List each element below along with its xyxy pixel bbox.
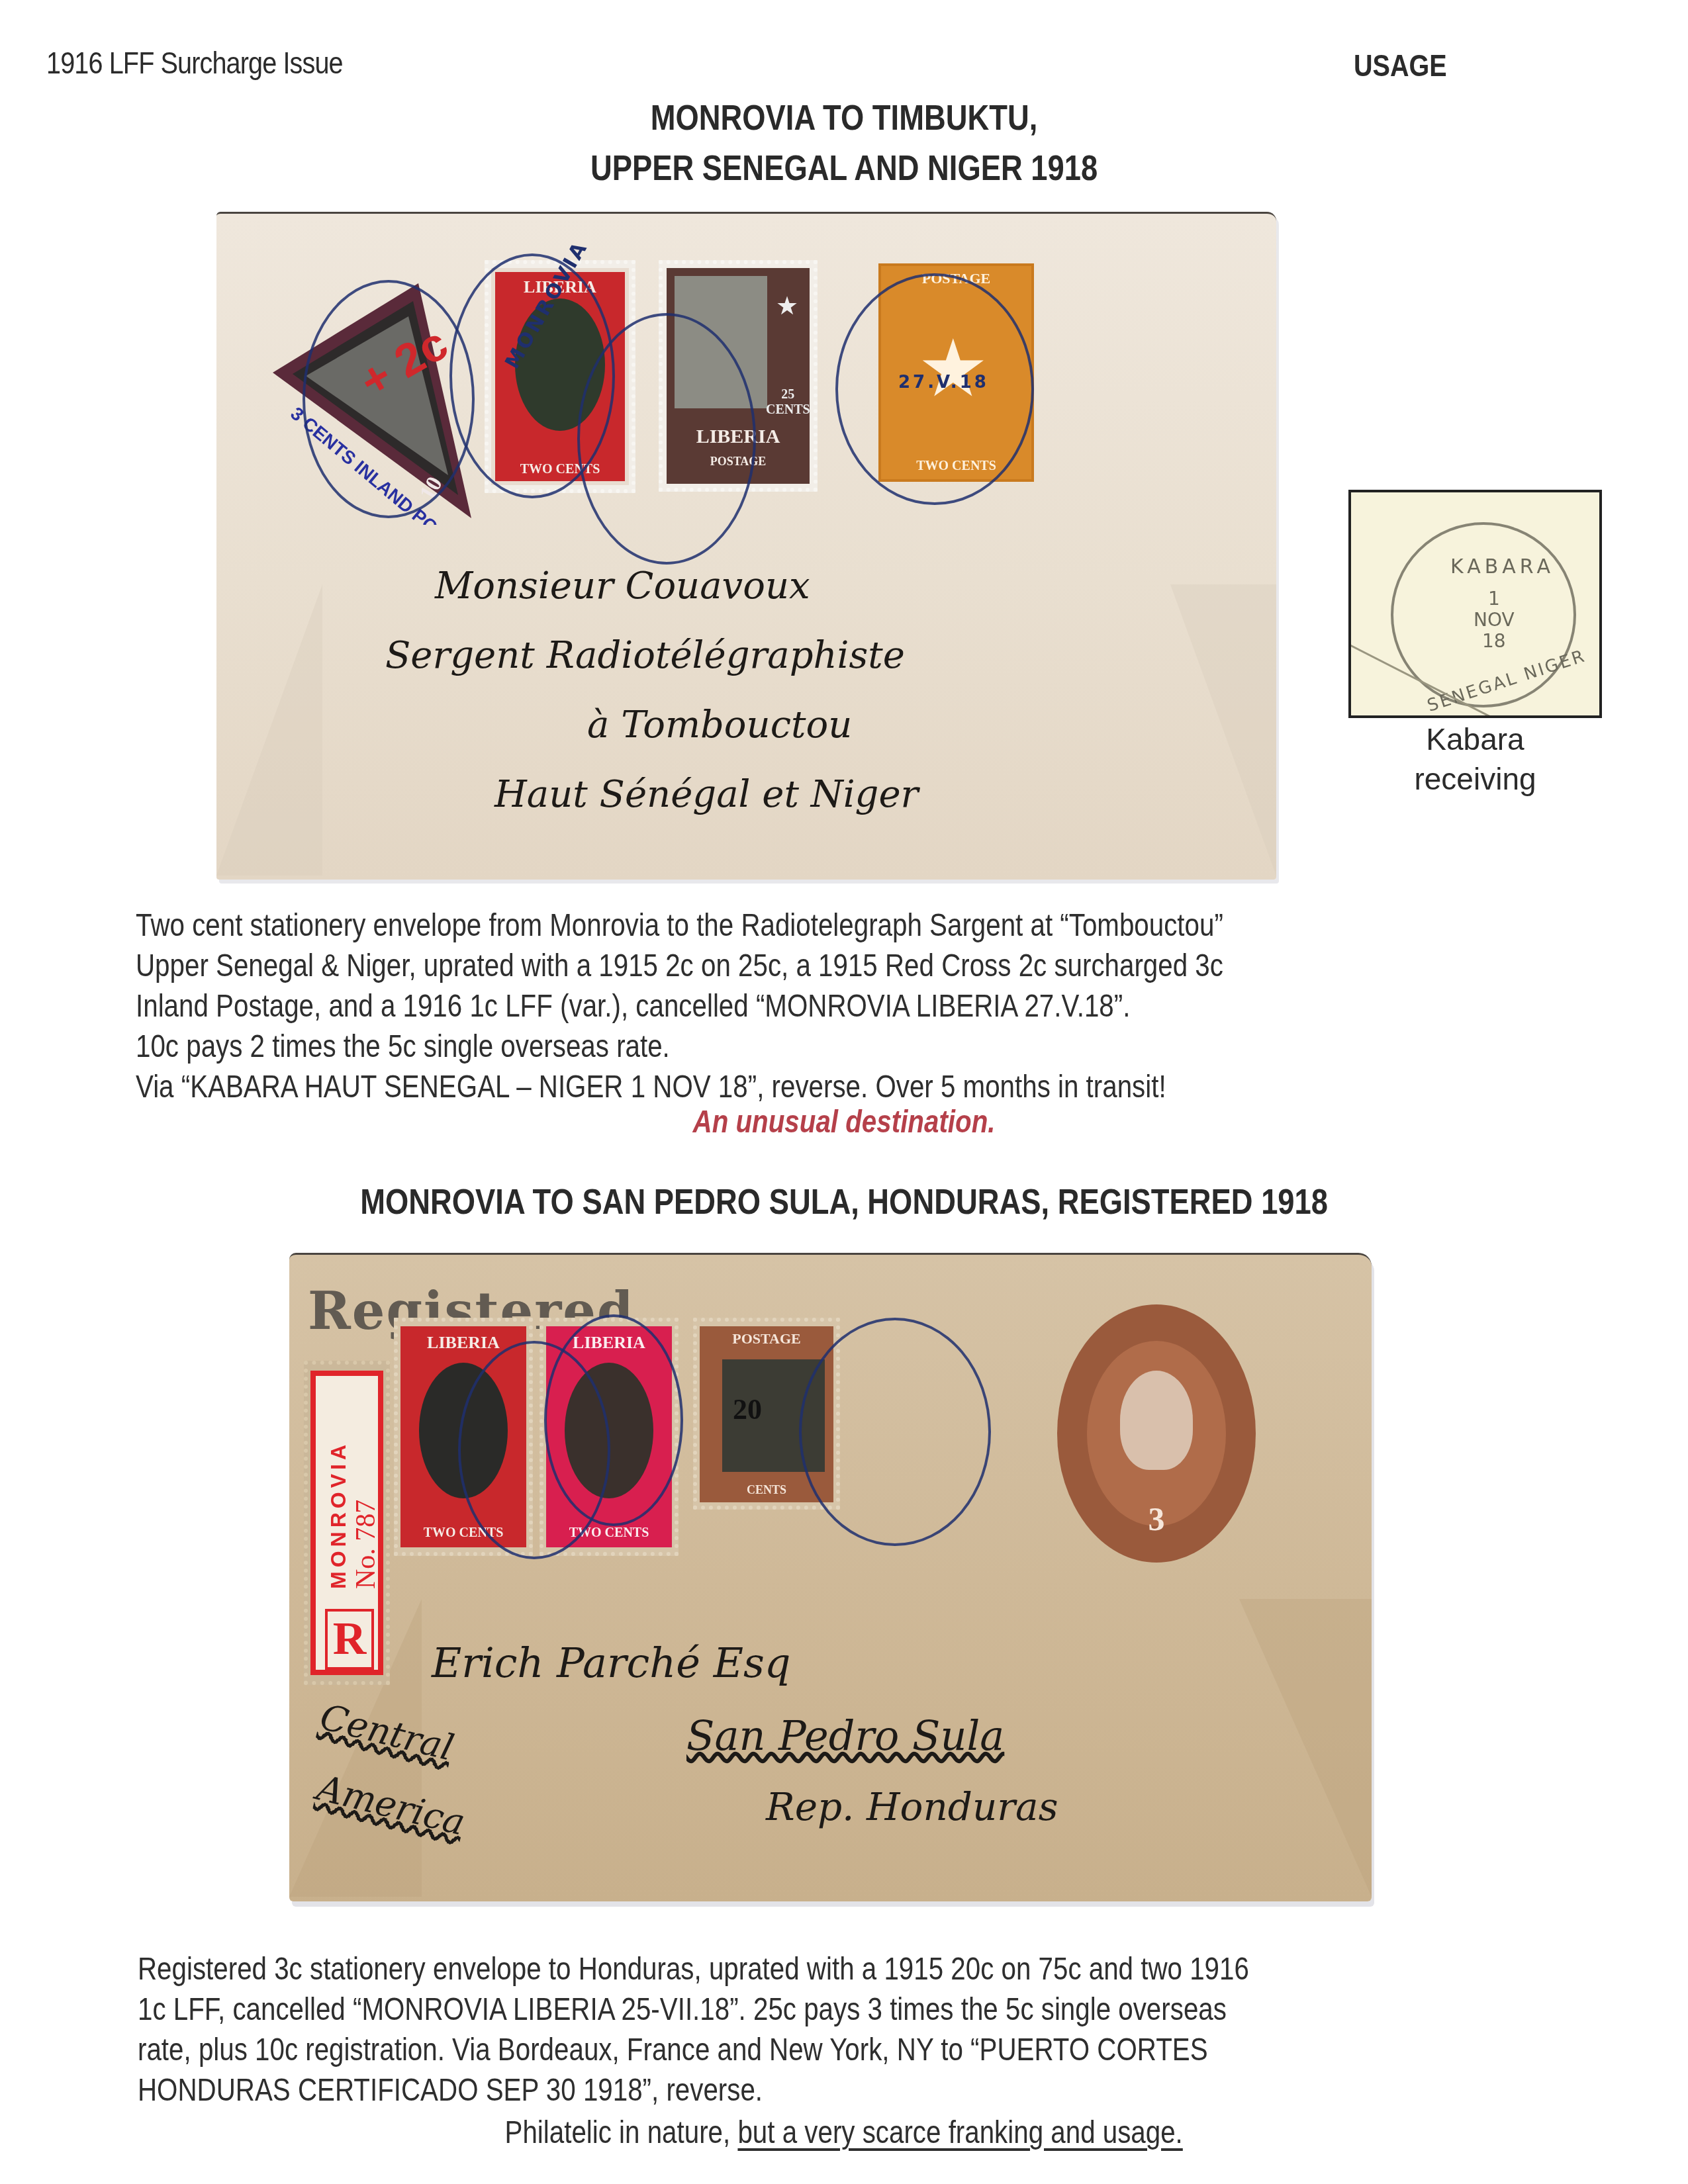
envelope-flap-right (1239, 1599, 1372, 1897)
address-line: Monsieur Couavoux (435, 565, 810, 608)
closing-note-plain: Philatelic in nature, (505, 2115, 738, 2150)
description-line: Two cent stationery envelope from Monrov… (136, 905, 1359, 946)
section2-description: Registered 3c stationery envelope to Hon… (138, 1949, 1594, 2111)
monrovia-cancel (303, 280, 475, 518)
description-line: Registered 3c stationery envelope to Hon… (138, 1949, 1361, 1989)
description-line: Inland Postage, and a 1916 1c LFF (var.)… (136, 986, 1359, 1026)
monrovia-cancel (577, 313, 756, 565)
description-line: 1c LFF, cancelled “MONROVIA LIBERIA 25-V… (138, 1989, 1361, 2030)
section1-description: Two cent stationery envelope from Monrov… (136, 905, 1592, 1107)
inset-caption-line1: Kabara (1348, 721, 1602, 757)
address-line: Haut Sénégal et Niger (494, 773, 918, 816)
description-line: Upper Senegal & Niger, uprated with a 19… (136, 946, 1359, 986)
exhibit-series-label: 1916 LFF Surcharge Issue (46, 45, 343, 81)
address-line: Erich Parché Esq (432, 1639, 790, 1687)
stationery-indicium-3c: 3 (1057, 1304, 1256, 1563)
section1-title-line2: UPPER SENEGAL AND NIGER 1918 (590, 143, 1098, 193)
description-line: Via “KABARA HAUT SENEGAL – NIGER 1 NOV 1… (136, 1067, 1359, 1107)
description-line: HONDURAS CERTIFICADO SEP 30 1918”, rever… (138, 2070, 1361, 2111)
address-line: San Pedro Sula (686, 1711, 1004, 1760)
inset-caption-line2: receiving (1348, 761, 1602, 797)
star-icon: ★ (776, 291, 798, 321)
section1-title: MONROVIA TO TIMBUKTU, UPPER SENEGAL AND … (0, 93, 1688, 193)
monrovia-cancel (544, 1314, 683, 1526)
section1-title-line1: MONROVIA TO TIMBUKTU, (651, 93, 1038, 143)
closing-note: Philatelic in nature, but a very scarce … (0, 2115, 1688, 2151)
address-line: Sergent Radiotélégraphiste (385, 634, 905, 677)
cover-honduras-envelope: Registered R MONROVIA No. 787 LIBERIA TW… (289, 1253, 1372, 1901)
cover-timbuktu-envelope: + 2c 3 CENTS INLAND POSTAGE 10 LIBERIA T… (216, 212, 1276, 880)
address-line: à Tombouctou (587, 704, 852, 747)
registration-label: R MONROVIA No. 787 (310, 1371, 383, 1675)
page-category-label: USAGE (1354, 48, 1447, 83)
registration-r-box: R (325, 1609, 374, 1670)
section2-title: MONROVIA TO SAN PEDRO SULA, HONDURAS, RE… (0, 1177, 1688, 1227)
kabara-postmark-inset: KABARA 1 NOV 18 SENEGAL NIGER (1348, 490, 1602, 718)
description-line: rate, plus 10c registration. Via Bordeau… (138, 2030, 1361, 2070)
embossed-head (1120, 1371, 1193, 1470)
address-line: Rep. Honduras (766, 1784, 1058, 1829)
envelope-flap-right (1170, 584, 1276, 876)
envelope-flap-left (216, 584, 322, 876)
highlight-note: An unusual destination. (0, 1104, 1688, 1140)
description-line: 10c pays 2 times the 5c single overseas … (136, 1026, 1359, 1067)
closing-note-underlined: but a very scarce franking and usage. (738, 2115, 1183, 2150)
monrovia-cancel (799, 1318, 991, 1546)
